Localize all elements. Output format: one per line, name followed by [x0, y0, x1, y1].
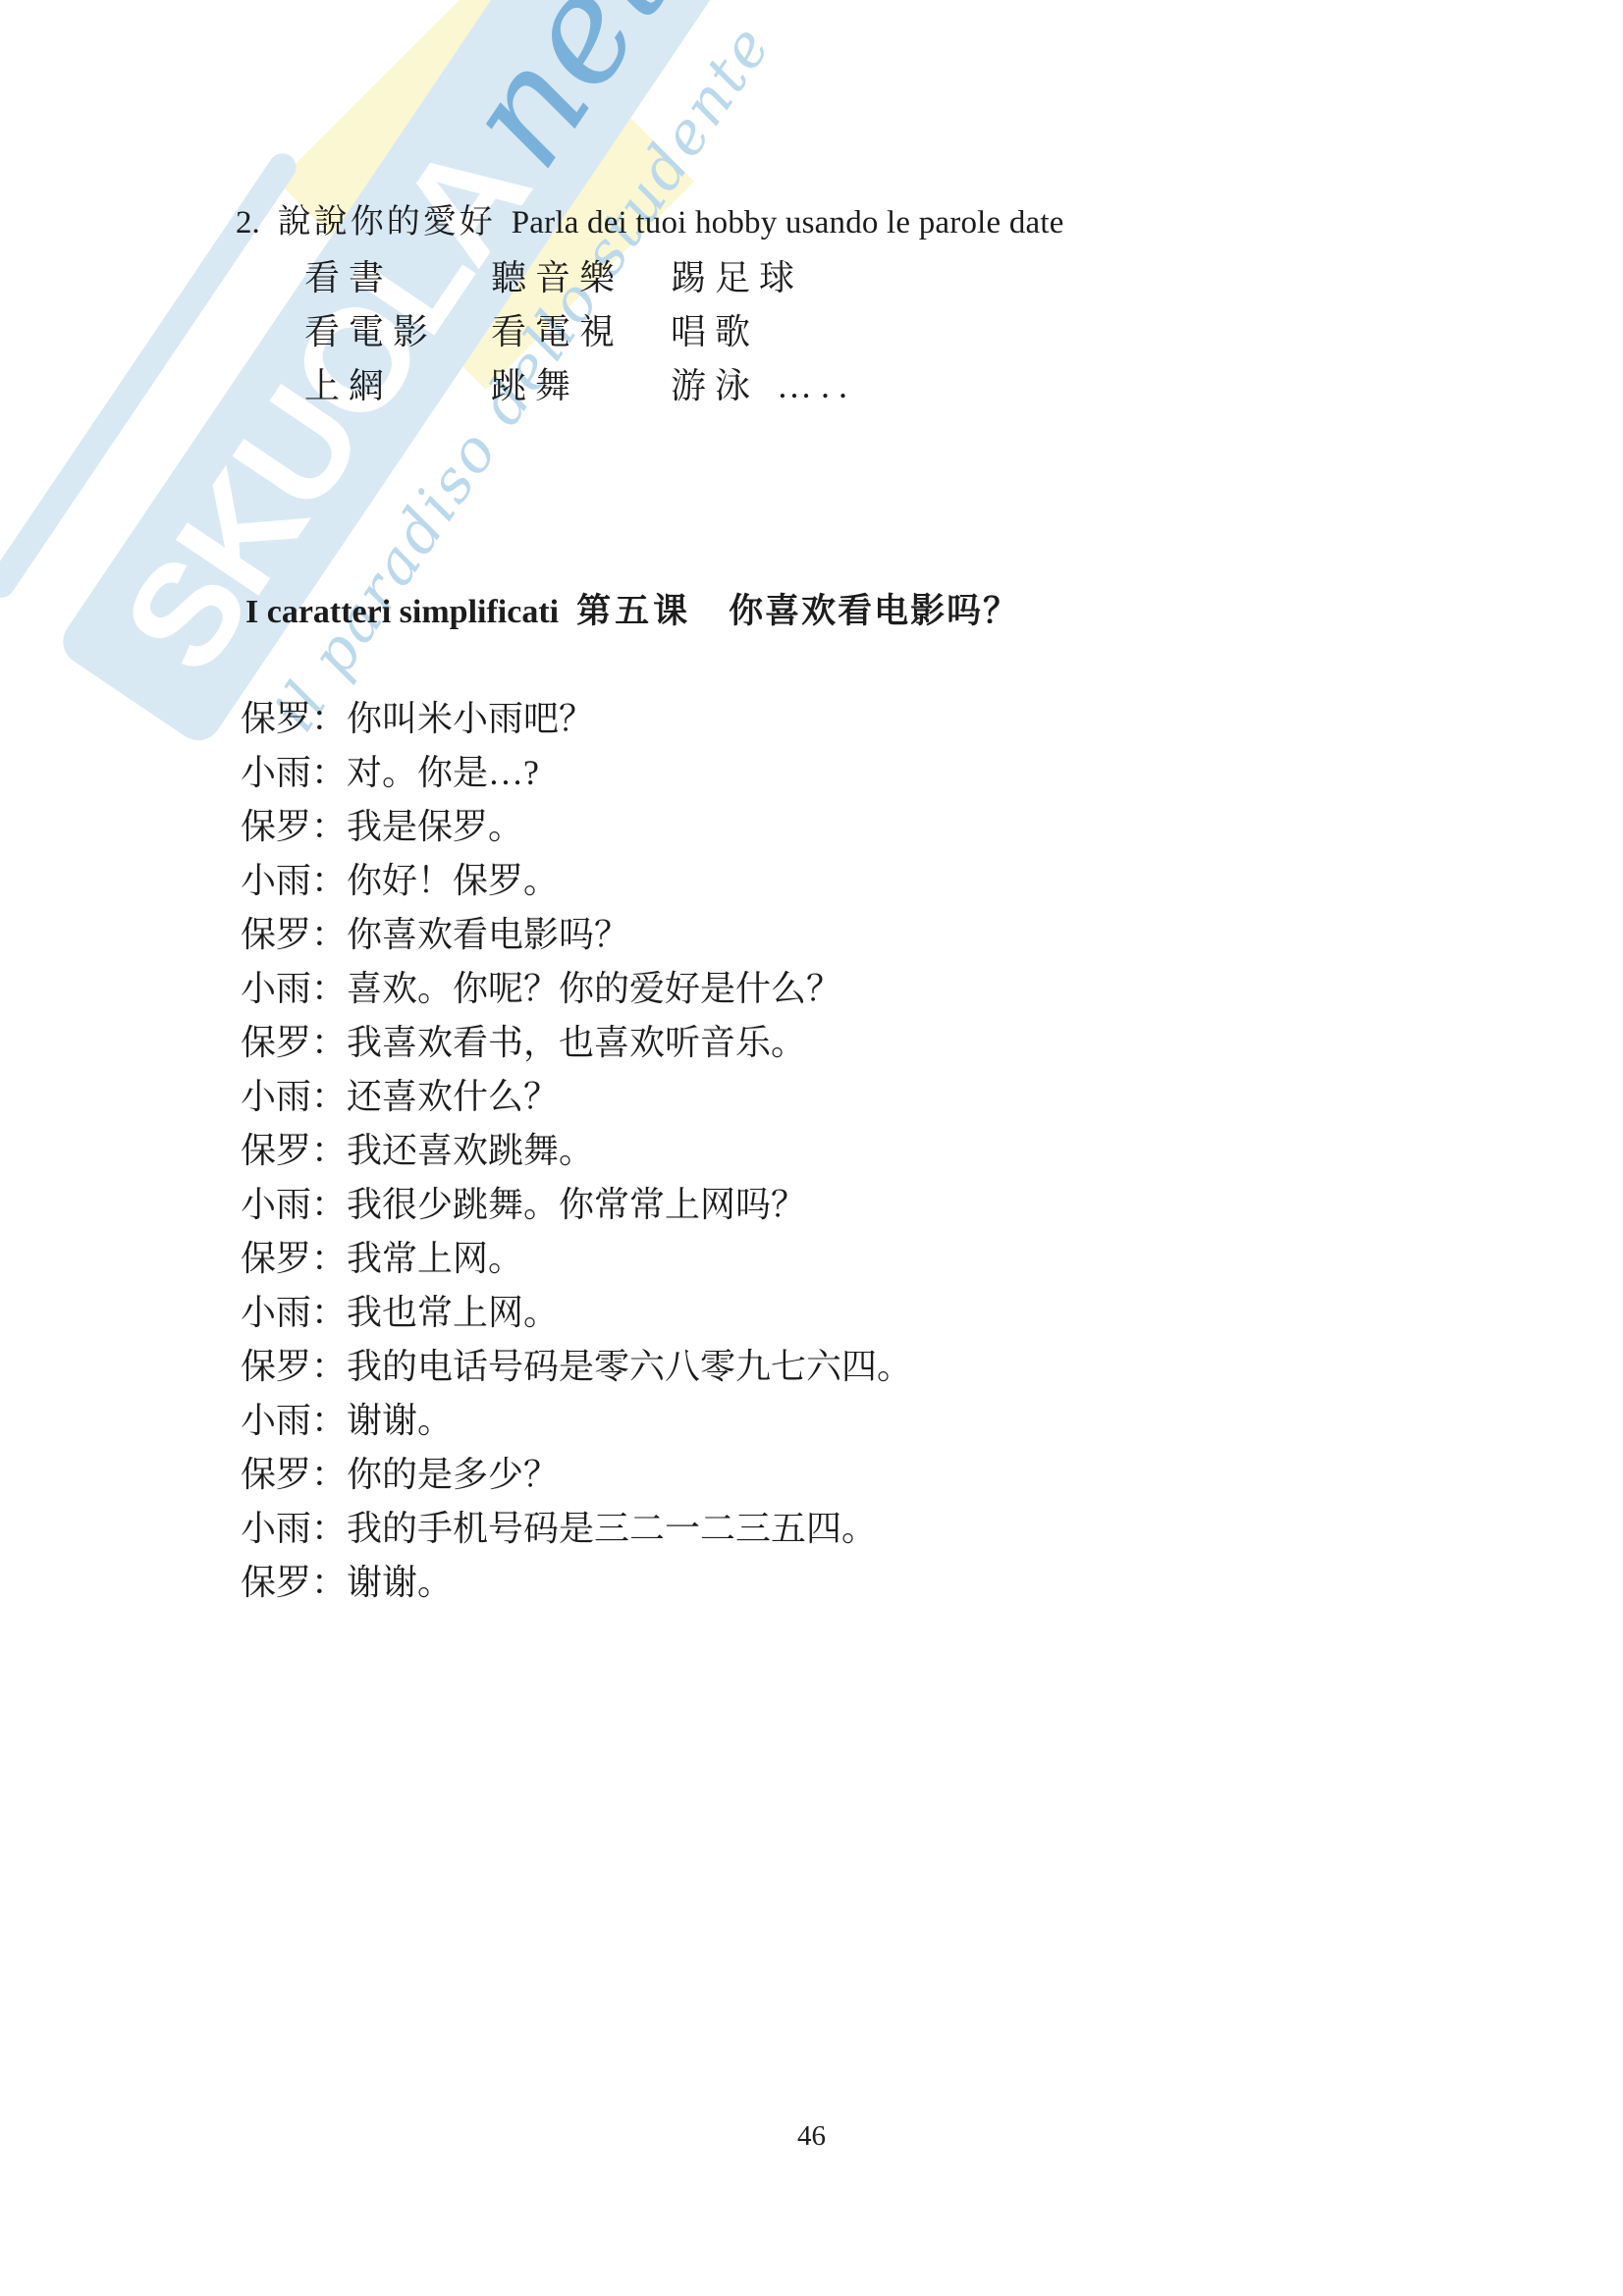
- dialogue-line: 小雨：你好！保罗。: [241, 854, 912, 908]
- hobby-row: 上網 跳舞 游泳 …..: [304, 359, 856, 413]
- hobby-word: 跳舞: [491, 359, 671, 413]
- dialogue-line: 小雨：我很少跳舞。你常常上网吗？: [241, 1178, 912, 1232]
- document-page: SKUOLA net il paradiso dello studente 2.…: [0, 0, 1623, 2296]
- dialogue-line: 保罗：我喜欢看书，也喜欢听音乐。: [241, 1016, 912, 1070]
- section-heading-latin: I caratteri simplificati: [245, 594, 559, 630]
- dialogue-line: 保罗：谢谢。: [241, 1556, 912, 1610]
- section-heading-question: 你喜欢看电影吗？: [729, 592, 1019, 630]
- page-content: 2.說說你的愛好Parla dei tuoi hobby usando le p…: [0, 0, 1623, 2296]
- dialogue-line: 小雨：喜欢。你呢？你的爱好是什么？: [241, 962, 912, 1016]
- hobby-word-list: 看書 聽音樂 踢足球 看電影 看電視 唱歌 上網 跳舞 游泳 …..: [304, 251, 856, 413]
- hobby-word: 聽音樂: [491, 251, 671, 305]
- dialogue-line: 小雨：我也常上网。: [241, 1286, 912, 1340]
- dialogue-line: 小雨：我的手机号码是三二一二三五四。: [241, 1502, 912, 1556]
- dialogue-line: 保罗：你叫米小雨吧？: [241, 692, 912, 746]
- exercise-prompt: 2.說說你的愛好Parla dei tuoi hobby usando le p…: [236, 194, 1064, 242]
- exercise-prompt-chinese: 說說你的愛好: [278, 204, 496, 240]
- hobby-word: 游泳 …..: [671, 359, 856, 413]
- dialogue-line: 小雨：还喜欢什么？: [241, 1070, 912, 1124]
- hobby-word: 看電影: [304, 305, 491, 359]
- dialogue-line: 保罗：我的电话号码是零六八零九七六四。: [241, 1340, 912, 1394]
- dialogue-line: 保罗：你的是多少？: [241, 1448, 912, 1502]
- dialogue-line: 小雨：谢谢。: [241, 1394, 912, 1448]
- dialogue-line: 小雨：对。你是…?: [241, 746, 912, 800]
- exercise-number: 2.: [236, 205, 260, 240]
- section-heading-lesson: 第五课: [576, 592, 691, 630]
- dialogue-line: 保罗：我是保罗。: [241, 800, 912, 854]
- hobby-word: 踢足球: [671, 251, 856, 305]
- hobby-word: 唱歌: [671, 305, 856, 359]
- dialogue-block: 保罗：你叫米小雨吧？ 小雨：对。你是…? 保罗：我是保罗。 小雨：你好！保罗。 …: [241, 692, 912, 1610]
- section-heading: I caratteri simplificati第五课你喜欢看电影吗？: [245, 584, 1019, 633]
- hobby-row: 看書 聽音樂 踢足球: [304, 251, 856, 305]
- dialogue-line: 保罗：我常上网。: [241, 1232, 912, 1286]
- hobby-word: 上網: [304, 359, 491, 413]
- exercise-prompt-italian: Parla dei tuoi hobby usando le parole da…: [512, 205, 1064, 240]
- hobby-row: 看電影 看電視 唱歌: [304, 305, 856, 359]
- dialogue-line: 保罗：我还喜欢跳舞。: [241, 1124, 912, 1178]
- dialogue-line: 保罗：你喜欢看电影吗？: [241, 908, 912, 962]
- hobby-word: 看書: [304, 251, 491, 305]
- hobby-word: 看電視: [491, 305, 671, 359]
- page-number: 46: [0, 2120, 1623, 2153]
